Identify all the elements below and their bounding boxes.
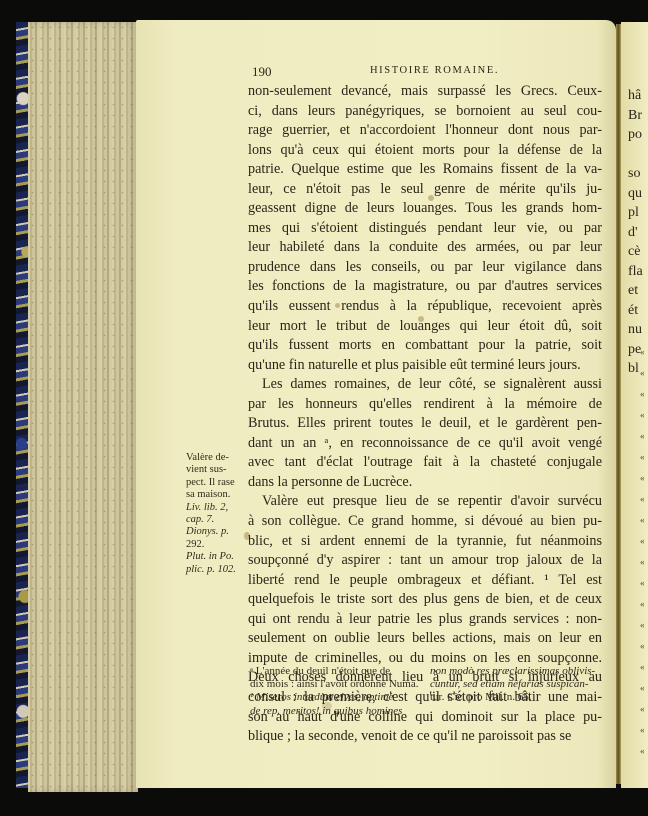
text-line: mes qui s'étoient distingués pendant leu…: [248, 219, 602, 239]
right-page-fragment: qu: [628, 184, 648, 204]
text-line: blique ; la seconde, venoit de ce qu'il …: [248, 727, 602, 747]
text-line: geassent digne de leurs louanges. Tous l…: [248, 199, 602, 219]
quote-mark: «: [640, 720, 648, 741]
margin-note: Valère de- vient sus- pect. Il rase sa m…: [186, 452, 246, 576]
right-page-fragment: nu: [628, 320, 648, 340]
quote-mark: «: [640, 531, 648, 552]
quote-mark: «: [640, 384, 648, 405]
book-scan: 190 HISTOIRE ROMAINE. non-seulement deva…: [0, 0, 648, 816]
quote-mark: «: [640, 615, 648, 636]
body-text: non-seulement devancé, mais surpassé les…: [248, 82, 602, 747]
quote-mark: «: [640, 741, 648, 762]
right-page-fragment: so: [628, 164, 648, 184]
quote-mark: «: [640, 468, 648, 489]
right-page-fragment: pl: [628, 203, 648, 223]
right-page-fragment: d': [628, 223, 648, 243]
right-page-fragment: Br: [628, 106, 648, 126]
right-page-fragment: hâ: [628, 86, 648, 106]
right-page-quote-marks: ««««««««««««««««««««: [640, 342, 648, 762]
margin-note-citation: Plut. in Po.: [186, 551, 246, 563]
quote-mark: «: [640, 426, 648, 447]
footnote-line: de rep. meritos! in quibus homines: [250, 705, 428, 718]
margin-note-citation: 292.: [186, 539, 246, 551]
footnote-line: tur. Cic. pro Mil. n. 65.: [430, 691, 608, 704]
text-line: qui ont rendu à leur patrie les plus gra…: [248, 610, 602, 630]
text-line: à son collègue. Ce grand homme, si dévou…: [248, 512, 602, 532]
quote-mark: «: [640, 573, 648, 594]
page-number: 190: [252, 64, 272, 80]
right-page-fragment: po: [628, 125, 648, 145]
quote-mark: «: [640, 678, 648, 699]
quote-mark: «: [640, 699, 648, 720]
text-line: qu'ils eussent rendus à la république, r…: [248, 297, 602, 317]
text-line: rage guerrier, et n'accordoient l'honneu…: [248, 121, 602, 141]
footnotes-left-column: ᵃ L'année du deuil n'étoit que de dix mo…: [250, 665, 428, 718]
text-line: leur, ce n'étoit pas le seul genre de mé…: [248, 180, 602, 200]
right-page-text-fragments: hâBrposoqupld'cèflaetétnupebl: [628, 86, 648, 379]
quote-mark: «: [640, 510, 648, 531]
text-line: qu'une fin naturelle et plus paisible eû…: [248, 356, 602, 376]
footnote-line: dix mois : ainsi l'avoit ordonné Numa.: [250, 678, 428, 691]
text-line: prudence dans les conseils, ou par leur …: [248, 258, 602, 278]
margin-note-line: sa maison.: [186, 489, 246, 501]
text-line: leur habileté dans la conduite des armée…: [248, 238, 602, 258]
quote-mark: «: [640, 447, 648, 468]
quote-mark: «: [640, 489, 648, 510]
right-page-fragment: et: [628, 281, 648, 301]
footnote-line: ¹ Miseros interdùm cives, optimè: [250, 691, 428, 704]
text-line: lons qu'à ceux qui étoient morts pour la…: [248, 141, 602, 161]
right-page-fragment: [628, 145, 648, 165]
running-head-title: HISTOIRE ROMAINE.: [370, 65, 499, 76]
running-head: 190 HISTOIRE ROMAINE.: [252, 64, 602, 80]
footnote-line: non modò res præclarissimas oblivis-: [430, 665, 608, 678]
text-line: liberté rend le peuple ombrageux et défi…: [248, 571, 602, 591]
margin-note-line: pect. Il rase: [186, 477, 246, 489]
footnotes-right-column: non modò res præclarissimas oblivis- cun…: [430, 665, 608, 705]
right-page-fragment: fla: [628, 262, 648, 282]
text-line: leur mort le tribut de louanges qui leur…: [248, 317, 602, 337]
text-line: qu'ils fussent morts en combattant pour …: [248, 336, 602, 356]
quote-mark: «: [640, 594, 648, 615]
margin-note-citation: cap. 7.: [186, 514, 246, 526]
text-line: avec tant d'éclat l'outrage fait à la ch…: [248, 453, 602, 473]
quote-mark: «: [640, 405, 648, 426]
text-line: les fonctions de la magistrature, ou par…: [248, 277, 602, 297]
footnote-line: cuntur, sed etiam nefarias suspican-: [430, 678, 608, 691]
text-line: blic, et si ardent ennemi de la tyrannie…: [248, 532, 602, 552]
margin-note-citation: plic. p. 102.: [186, 564, 246, 576]
quote-mark: «: [640, 552, 648, 573]
margin-note-citation: Liv. lib. 2,: [186, 502, 246, 514]
text-line: par les honneurs qu'elles rendirent à la…: [248, 395, 602, 415]
quote-mark: «: [640, 657, 648, 678]
text-line: quelquefois le triste sort des plus gens…: [248, 590, 602, 610]
text-line: Les dames romaines, de leur côté, se sig…: [248, 375, 602, 395]
quote-mark: «: [640, 363, 648, 384]
text-line: seulement on oublie leurs belles actions…: [248, 629, 602, 649]
text-line: Valère eut presque lieu de se repentir d…: [248, 492, 602, 512]
right-page-fragment: cè: [628, 242, 648, 262]
page-stack-edge: [28, 22, 138, 792]
text-line: Brutus. Elles prirent toutes le deuil, e…: [248, 414, 602, 434]
text-line: dant un an ᵃ, en reconnoissance de ce qu…: [248, 434, 602, 454]
text-line: patrie. Quelque estime que les Romains f…: [248, 160, 602, 180]
text-line: dans la personne de Lucrèce.: [248, 473, 602, 493]
text-line: non-seulement devancé, mais surpassé les…: [248, 82, 602, 102]
margin-note-line: Valère de-: [186, 452, 246, 464]
quote-mark: «: [640, 342, 648, 363]
right-page-fragment: ét: [628, 301, 648, 321]
margin-note-line: vient sus-: [186, 464, 246, 476]
text-line: ci, dans leurs panégyriques, se bornoien…: [248, 102, 602, 122]
margin-note-citation: Dionys. p.: [186, 526, 246, 538]
footnote-line: ᵃ L'année du deuil n'étoit que de: [250, 665, 428, 678]
quote-mark: «: [640, 636, 648, 657]
text-line: soupçonné d'y aspirer : tant un amour tr…: [248, 551, 602, 571]
